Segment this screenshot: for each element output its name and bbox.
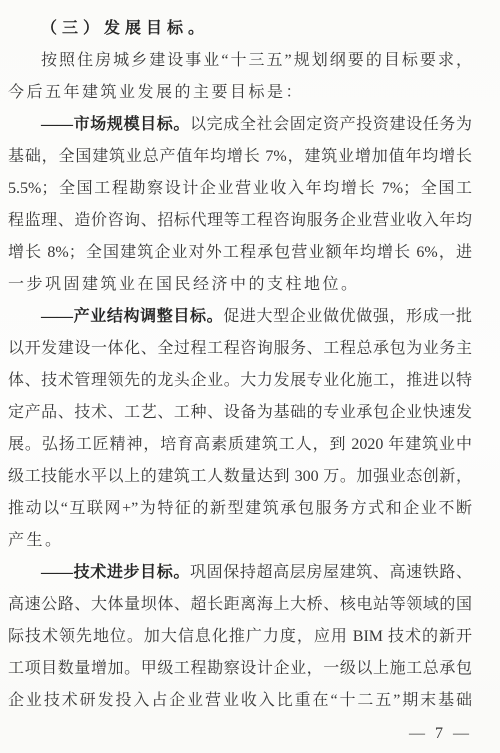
text-line: ——市场规模目标。以完成全社会固定资产投资建设任务为 <box>8 109 472 141</box>
text-segment: 促进大型企业做优做强，形成一批 <box>223 308 472 325</box>
text-line: 级工技能水平以上的建筑工人数量达到 300 万。加强业态创新， <box>8 461 472 493</box>
document-body: （三）发展目标。按照住房城乡建设事业“十三五”规划纲要的目标要求，今后五年建筑业… <box>8 13 472 717</box>
text-line: ——产业结构调整目标。促进大型企业做优做强，形成一批 <box>8 301 472 333</box>
text-segment: 级工技能水平以上的建筑工人数量达到 300 万。加强业态创新， <box>8 468 472 485</box>
text-segment: 推动以“互联网+”为特征的新型建筑承包服务方式和企业不断 <box>8 500 472 517</box>
text-segment: 巩固保持超高层房屋建筑、高速铁路、 <box>190 564 472 581</box>
text-segment: 以开发建设一体化、全过程工程咨询服务、工程总承包为业务主 <box>8 340 472 357</box>
text-line: 程监理、造价咨询、招标代理等工程咨询服务企业营业收入年均 <box>8 205 472 237</box>
document-page: （三）发展目标。按照住房城乡建设事业“十三五”规划纲要的目标要求，今后五年建筑业… <box>0 0 500 753</box>
text-line: 定产品、技术、工艺、工种、设备为基础的专业承包企业快速发 <box>8 397 472 429</box>
text-segment: 际技术领先地位。加大信息化推广力度，应用 BIM 技术的新开 <box>8 628 472 645</box>
text-line: 工项目数量增加。甲级工程勘察设计企业，一级以上施工总承包 <box>8 653 472 685</box>
text-line: 高速公路、大体量坝体、超长距离海上大桥、核电站等领域的国 <box>8 589 472 621</box>
text-line: 体、技术管理领先的龙头企业。大力发展专业化施工，推进以特 <box>8 365 472 397</box>
page-number: — 7 — <box>8 719 472 749</box>
text-line: 基础，全国建筑业总产值年均增长 7%，建筑业增加值年均增长 <box>8 141 472 173</box>
text-segment: 展。弘扬工匠精神，培育高素质建筑工人，到 2020 年建筑业中 <box>8 436 472 453</box>
text-segment: 5.5%；全国工程勘察设计企业营业收入年均增长 7%；全国工 <box>8 180 472 197</box>
text-segment: 按照住房城乡建设事业“十三五”规划纲要的目标要求， <box>41 52 472 69</box>
text-segment: 定产品、技术、工艺、工种、设备为基础的专业承包企业快速发 <box>8 404 472 421</box>
text-segment: 基础，全国建筑业总产值年均增长 7%，建筑业增加值年均增长 <box>8 148 472 165</box>
text-line: 增长 8%；全国建筑企业对外工程承包营业额年均增长 6%，进 <box>8 237 472 269</box>
text-line: 一步巩固建筑业在国民经济中的支柱地位。 <box>8 269 472 301</box>
text-line: 按照住房城乡建设事业“十三五”规划纲要的目标要求， <box>8 45 472 77</box>
bold-text-segment: （三）发展目标。 <box>41 20 209 37</box>
text-segment: 高速公路、大体量坝体、超长距离海上大桥、核电站等领域的国 <box>8 596 472 613</box>
text-segment: 程监理、造价咨询、招标代理等工程咨询服务企业营业收入年均 <box>8 212 472 229</box>
text-segment: 工项目数量增加。甲级工程勘察设计企业，一级以上施工总承包 <box>8 660 472 677</box>
text-segment: 产生。 <box>8 532 64 549</box>
text-line: 企业技术研发投入占企业营业收入比重在“十二五”期末基础 <box>8 685 472 717</box>
text-line: 推动以“互联网+”为特征的新型建筑承包服务方式和企业不断 <box>8 493 472 525</box>
text-segment: 增长 8%；全国建筑企业对外工程承包营业额年均增长 6%，进 <box>8 244 472 261</box>
text-line: 以开发建设一体化、全过程工程咨询服务、工程总承包为业务主 <box>8 333 472 365</box>
text-line: 5.5%；全国工程勘察设计企业营业收入年均增长 7%；全国工 <box>8 173 472 205</box>
text-segment: 企业技术研发投入占企业营业收入比重在“十二五”期末基础 <box>8 692 472 709</box>
text-segment: 体、技术管理领先的龙头企业。大力发展专业化施工，推进以特 <box>8 372 472 389</box>
bold-text-segment: ——市场规模目标。 <box>41 116 190 133</box>
text-segment: 以完成全社会固定资产投资建设任务为 <box>190 116 472 133</box>
text-line: 际技术领先地位。加大信息化推广力度，应用 BIM 技术的新开 <box>8 621 472 653</box>
text-line: 今后五年建筑业发展的主要目标是： <box>8 77 472 109</box>
text-line: ——技术进步目标。巩固保持超高层房屋建筑、高速铁路、 <box>8 557 472 589</box>
text-line: 产生。 <box>8 525 472 557</box>
text-segment: 今后五年建筑业发展的主要目标是： <box>8 84 304 101</box>
text-line: 展。弘扬工匠精神，培育高素质建筑工人，到 2020 年建筑业中 <box>8 429 472 461</box>
bold-text-segment: ——产业结构调整目标。 <box>41 308 223 325</box>
section-heading-line: （三）发展目标。 <box>8 13 472 45</box>
text-segment: 一步巩固建筑业在国民经济中的支柱地位。 <box>8 276 360 293</box>
bold-text-segment: ——技术进步目标。 <box>41 564 190 581</box>
